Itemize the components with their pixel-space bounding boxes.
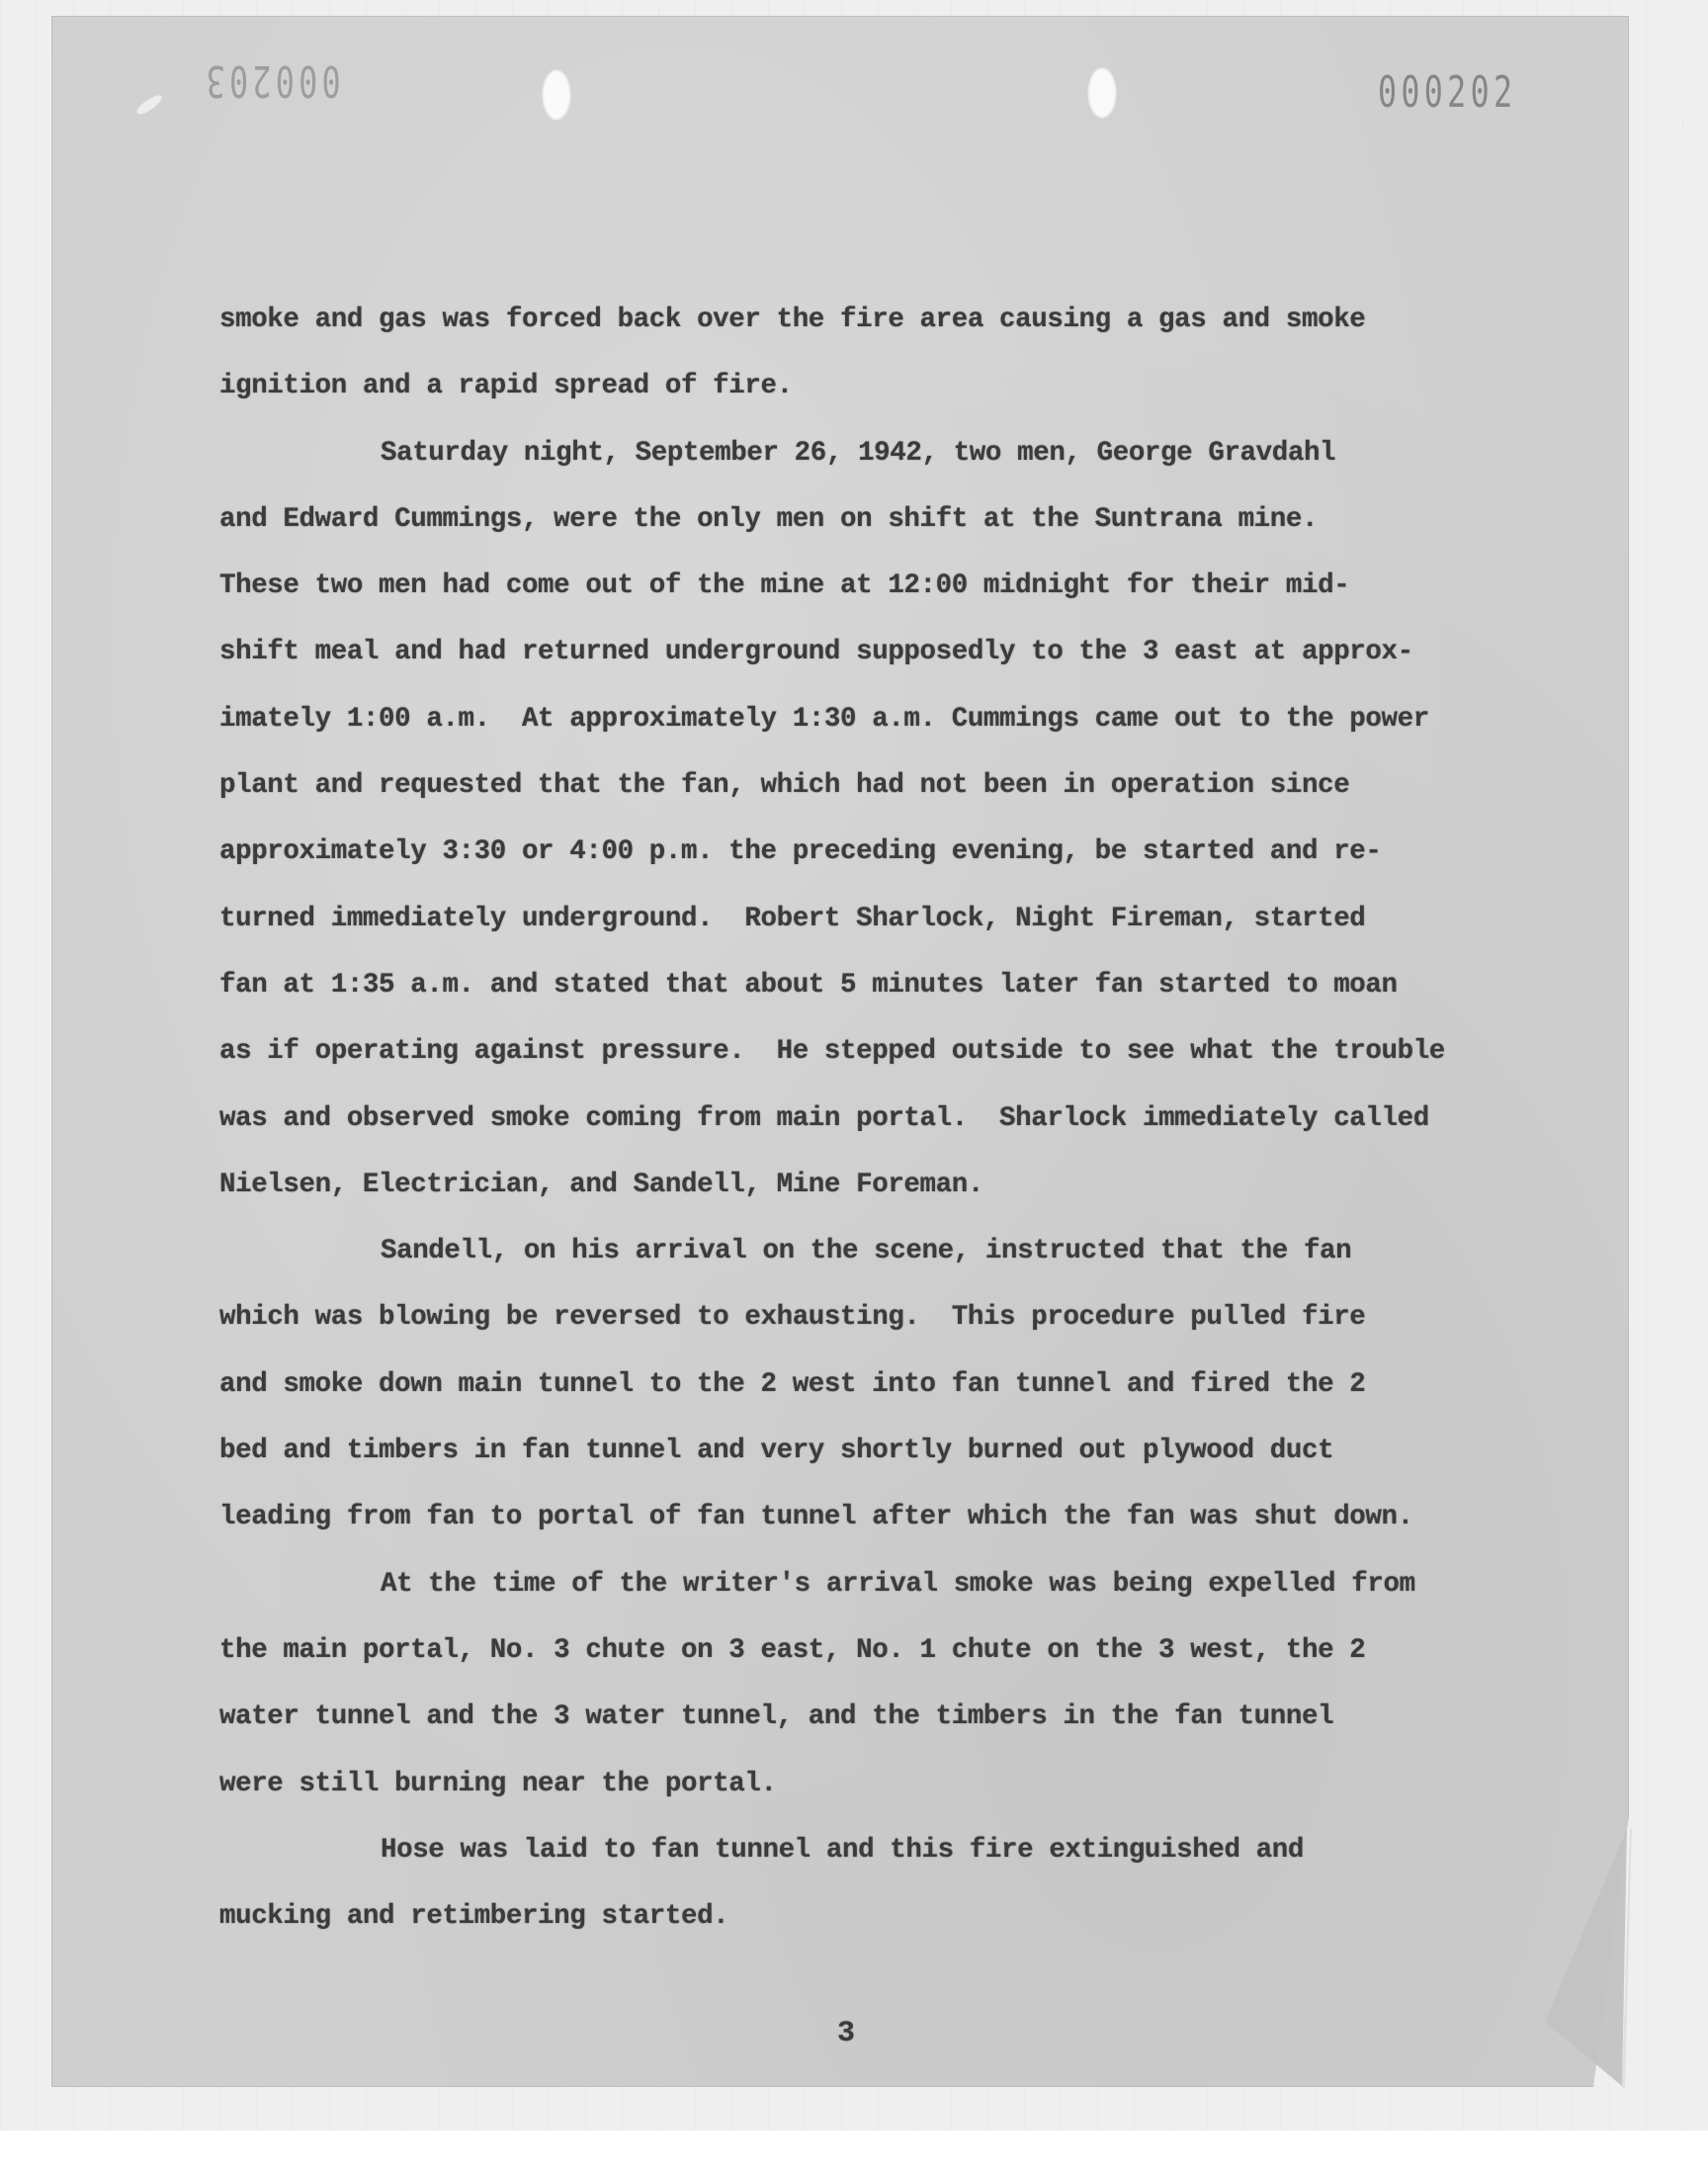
text-line: bed and timbers in fan tunnel and very s… bbox=[219, 1418, 1504, 1484]
text-line: plant and requested that the fan, which … bbox=[219, 752, 1504, 819]
text-line: ignition and a rapid spread of fire. bbox=[219, 353, 1504, 419]
punch-hole-right bbox=[1087, 67, 1117, 119]
punch-hole-left bbox=[542, 69, 571, 121]
text-line: imately 1:00 a.m. At approximately 1:30 … bbox=[219, 686, 1504, 752]
text-line: were still burning near the portal. bbox=[219, 1751, 1504, 1817]
page-number: 3 bbox=[837, 2017, 855, 2050]
text-line: leading from fan to portal of fan tunnel… bbox=[219, 1484, 1504, 1550]
paragraph-first-line: Sandell, on his arrival on the scene, in… bbox=[219, 1218, 1504, 1284]
text-line: approximately 3:30 or 4:00 p.m. the prec… bbox=[219, 819, 1504, 885]
text-line: and Edward Cummings, were the only men o… bbox=[219, 486, 1504, 553]
text-line: was and observed smoke coming from main … bbox=[219, 1086, 1504, 1152]
text-line: and smoke down main tunnel to the 2 west… bbox=[219, 1351, 1504, 1418]
typewritten-body: smoke and gas was forced back over the f… bbox=[219, 287, 1504, 1950]
text-line: the main portal, No. 3 chute on 3 east, … bbox=[219, 1617, 1504, 1684]
text-line: fan at 1:35 a.m. and stated that about 5… bbox=[219, 952, 1504, 1018]
text-line: Nielsen, Electrician, and Sandell, Mine … bbox=[219, 1152, 1504, 1218]
text-line: as if operating against pressure. He ste… bbox=[219, 1018, 1504, 1085]
text-line: mucking and retimbering started. bbox=[219, 1883, 1504, 1950]
paragraph-first-line: Hose was laid to fan tunnel and this fir… bbox=[219, 1817, 1504, 1883]
text-line: turned immediately underground. Robert S… bbox=[219, 886, 1504, 952]
text-line: water tunnel and the 3 water tunnel, and… bbox=[219, 1684, 1504, 1750]
text-line: which was blowing be reversed to exhaust… bbox=[219, 1284, 1504, 1350]
text-line: These two men had come out of the mine a… bbox=[219, 553, 1504, 619]
ink-smudge bbox=[134, 92, 164, 117]
paragraph-first-line: Saturday night, September 26, 1942, two … bbox=[219, 420, 1504, 486]
bates-stamp: 000202 bbox=[1378, 67, 1516, 118]
paragraph-first-line: At the time of the writer's arrival smok… bbox=[219, 1551, 1504, 1617]
text-line: smoke and gas was forced back over the f… bbox=[219, 287, 1504, 353]
bates-stamp-mirrored: 000203 bbox=[202, 55, 340, 106]
text-line: shift meal and had returned underground … bbox=[219, 619, 1504, 685]
